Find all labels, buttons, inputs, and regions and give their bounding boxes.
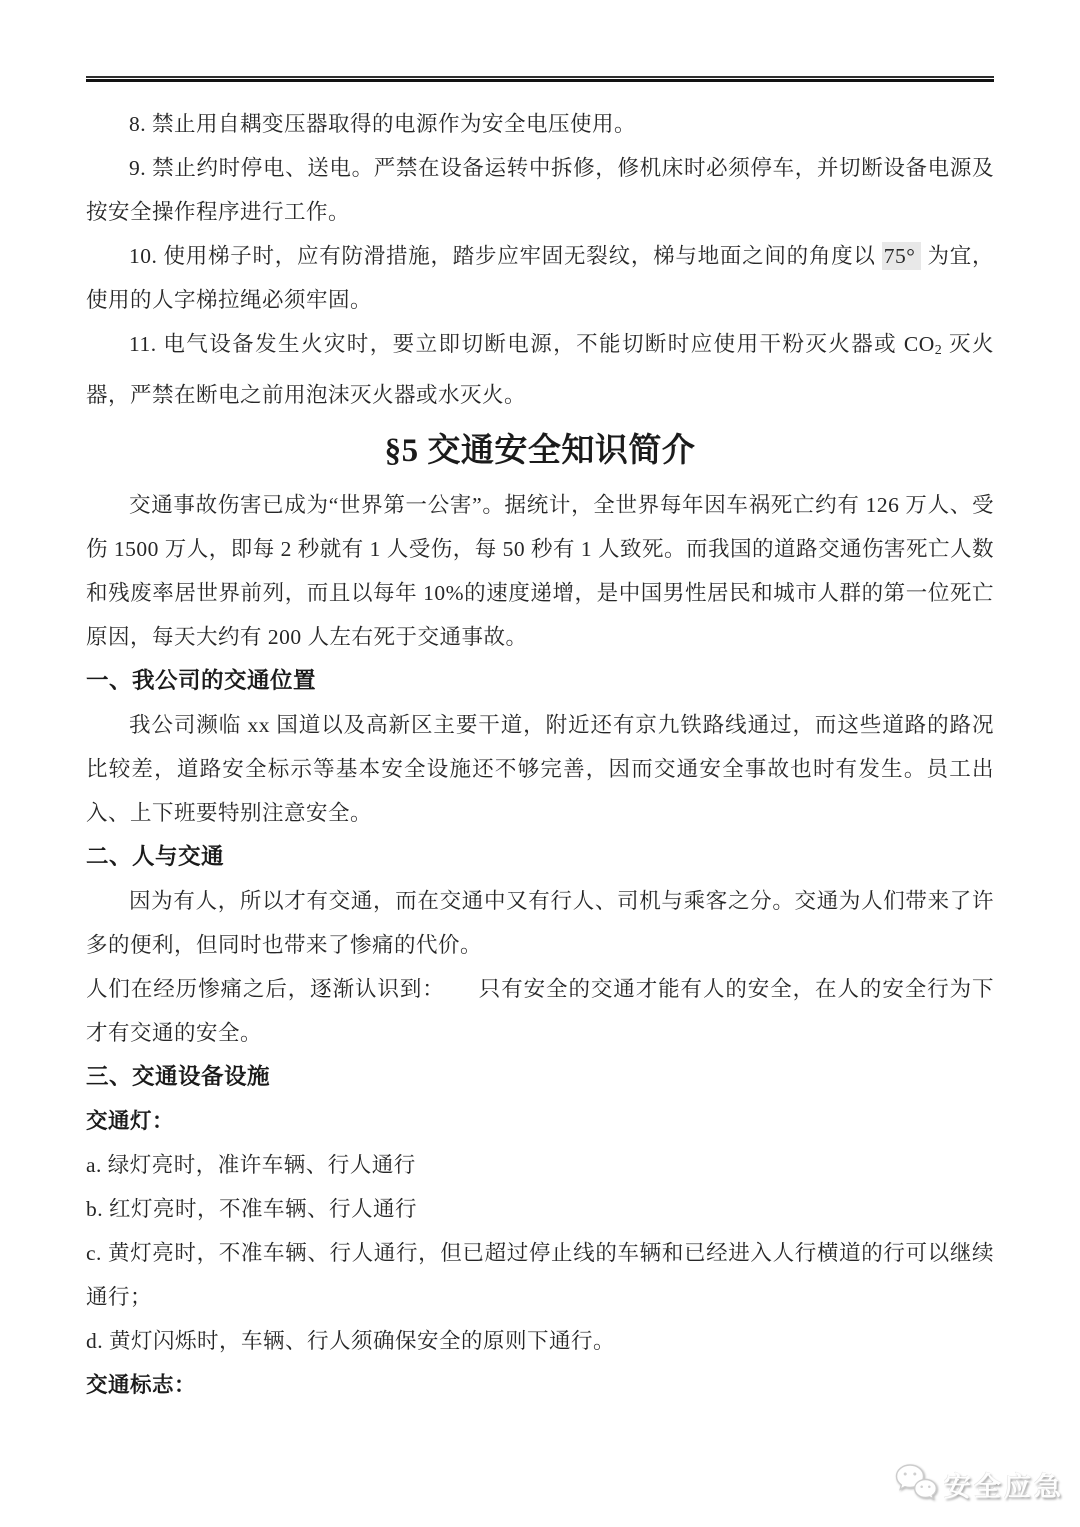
para-people-traffic-1: 因为有人，所以才有交通，而在交通中又有行人、司机与乘客之分。交通为人们带来了许多… [86,879,994,967]
item-a-green-light: a. 绿灯亮时，准许车辆、行人通行 [86,1143,994,1187]
watermark: 安全应急 [893,1462,1064,1507]
para-people-traffic-2: 人们在经历惨痛之后，逐渐认识到： 只有安全的交通才能有人的安全，在人的安全行为下… [86,967,994,1055]
heading-company-location: 一、我公司的交通位置 [86,659,994,703]
watermark-label: 安全应急 [944,1465,1064,1504]
item-10: 10. 使用梯子时，应有防滑措施，踏步应牢固无裂纹，梯与地面之间的角度以 75°… [86,234,994,322]
wechat-icon [893,1462,939,1507]
subheading-traffic-lights: 交通灯： [86,1099,994,1143]
header-double-rule [86,76,994,82]
item-11: 11. 电气设备发生火灾时，要立即切断电源，不能切断时应使用干粉灭火器或 CO2… [86,322,994,417]
subheading-traffic-signs: 交通标志： [86,1363,994,1407]
item-c-yellow-light: c. 黄灯亮时，不准车辆、行人通行，但已超过停止线的车辆和已经进入人行横道的行可… [86,1231,994,1319]
heading-people-and-traffic: 二、人与交通 [86,835,994,879]
para-company-location: 我公司濒临 xx 国道以及高新区主要干道，附近还有京九铁路线通过，而这些道路的路… [86,703,994,835]
heading-traffic-equipment: 三、交通设备设施 [86,1055,994,1099]
item-9: 9. 禁止约时停电、送电。严禁在设备运转中拆修，修机床时必须停车，并切断设备电源… [86,146,994,234]
item-8: 8. 禁止用自耦变压器取得的电源作为安全电压使用。 [86,102,994,146]
item-d-yellow-flash: d. 黄灯闪烁时，车辆、行人须确保安全的原则下通行。 [86,1319,994,1363]
document-page: 8. 禁止用自耦变压器取得的电源作为安全电压使用。9. 禁止约时停电、送电。严禁… [0,0,1080,1527]
item-b-red-light: b. 红灯亮时，不准车辆、行人通行 [86,1187,994,1231]
intro-paragraph: 交通事故伤害已成为“世界第一公害”。据统计，全世界每年因车祸死亡约有 126 万… [86,483,994,659]
document-blocks: 8. 禁止用自耦变压器取得的电源作为安全电压使用。9. 禁止约时停电、送电。严禁… [86,102,994,1407]
document-content: 8. 禁止用自耦变压器取得的电源作为安全电压使用。9. 禁止约时停电、送电。严禁… [86,76,994,1407]
section-title: §5 交通安全知识简介 [86,421,994,481]
